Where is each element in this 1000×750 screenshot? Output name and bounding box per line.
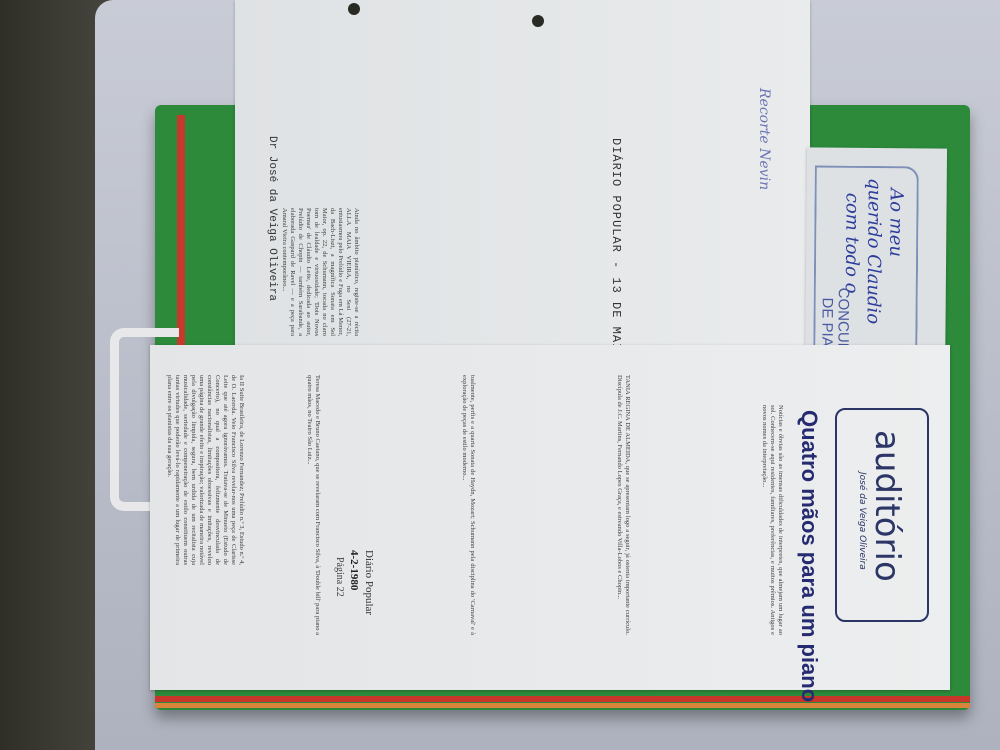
auditorio-logo-box: auditório José da Veiga Oliveira [835,408,929,622]
clipping-column: Ainda no âmbito pianístico, registe-se a… [280,208,510,336]
article-column: Ia II Suite Brasileira, de Lorenzo Ferna… [165,375,305,565]
binder-red-edge [155,696,970,702]
dedication-line: querido Claudio [863,178,885,324]
binder-red-divider [177,115,185,345]
headline-line-1: Quatro mãos para um piano [796,410,822,702]
top-sheet: DIÁRIO POPULAR - 13 DE MAIO DE 1979 Dr J… [235,0,810,360]
auditorio-subtitle: José da Veiga Oliveira [857,472,867,570]
handwritten-note: Recorte Nevin [756,88,772,190]
article-column: TANIA REGINA DE ALMEIDA, que se apresent… [615,375,755,635]
article-column: Notícias e óbvias são as imensas dificul… [760,405,800,635]
author-line: Dr José da Veiga Oliveira [266,136,278,301]
article-column: Teresa Macedo e Bruno Caetano, que se re… [305,375,455,635]
source-name: Diário Popular [363,550,375,615]
punch-hole [532,15,544,27]
source-page: Página 22 [334,557,345,597]
bottom-sheet: Ia II Suite Brasileira, de Lorenzo Ferna… [150,345,950,690]
punch-hole [348,3,360,15]
binder-orange-edge [155,703,970,708]
source-date: 4-2-1980 [348,550,360,590]
background-dark-area [0,0,110,750]
article-column: tualmente, perfis e a quarta Sonata de H… [460,375,610,635]
dedication-line: Ao meu [885,188,907,257]
dedication-line: com todo o [841,193,863,294]
auditorio-logo: auditório [867,430,907,582]
